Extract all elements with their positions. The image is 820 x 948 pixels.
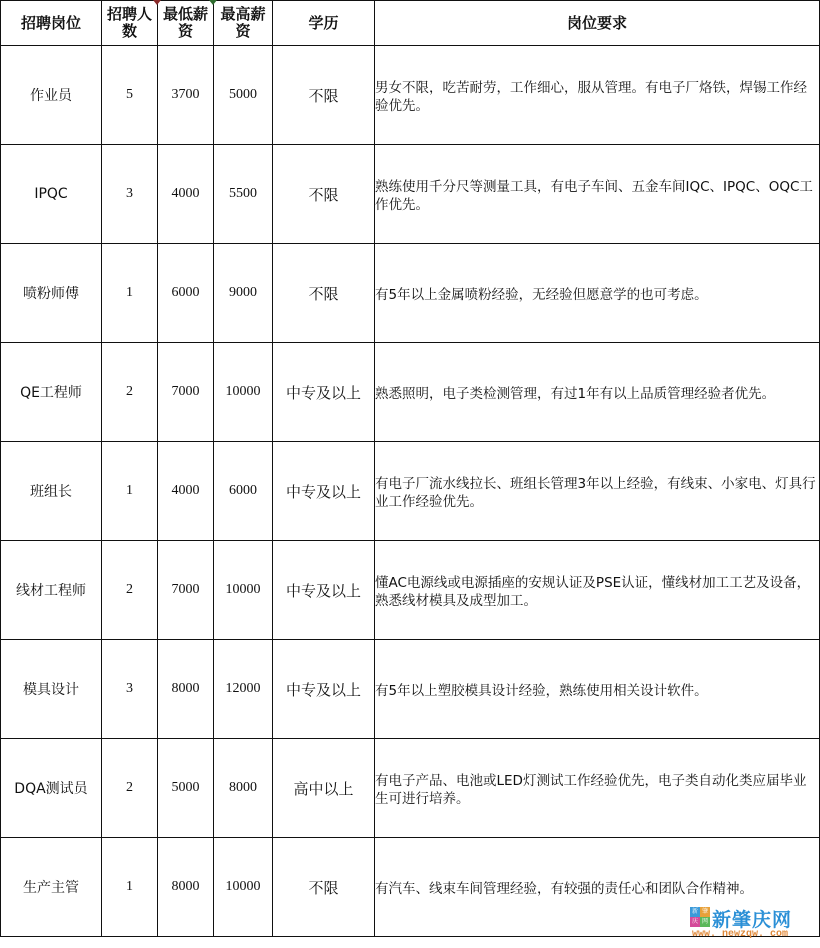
cell-education: 中专及以上: [273, 442, 375, 541]
table-row: 班组长 1 4000 6000 中专及以上 有电子厂流水线拉长、班组长管理3年以…: [1, 442, 820, 541]
cell-max-salary: 9000: [214, 244, 273, 343]
cell-headcount: 2: [102, 541, 158, 640]
cell-requirements: 有电子厂流水线拉长、班组长管理3年以上经验，有线束、小家电、灯具行业工作经验优先…: [375, 442, 820, 541]
cell-requirements: 有5年以上塑胶模具设计经验，熟练使用相关设计软件。: [375, 640, 820, 739]
cell-position: 模具设计: [1, 640, 102, 739]
requirements-text: 懂AC电源线或电源插座的安规认证及PSE认证，懂线材加工工艺及设备，熟悉线材模具…: [375, 570, 819, 610]
header-headcount: 招聘人数: [102, 1, 158, 46]
cell-requirements: 懂AC电源线或电源插座的安规认证及PSE认证，懂线材加工工艺及设备，熟悉线材模具…: [375, 541, 820, 640]
requirements-text: 熟悉照明，电子类检测管理，有过1年有以上品质管理经验者优先。: [375, 381, 819, 403]
table-row: 喷粉师傅 1 6000 9000 不限 有5年以上金属喷粉经验，无经验但愿意学的…: [1, 244, 820, 343]
cell-headcount: 3: [102, 640, 158, 739]
cell-headcount: 1: [102, 838, 158, 937]
logo-tile: 庆: [690, 917, 700, 927]
cell-position: DQA测试员: [1, 739, 102, 838]
cell-education: 不限: [273, 145, 375, 244]
cell-education: 中专及以上: [273, 640, 375, 739]
header-position: 招聘岗位: [1, 1, 102, 46]
cell-position: IPQC: [1, 145, 102, 244]
table-row: DQA测试员 2 5000 8000 高中以上 有电子产品、电池或LED灯测试工…: [1, 739, 820, 838]
table-row: 作业员 5 3700 5000 不限 男女不限，吃苦耐劳，工作细心，服从管理。有…: [1, 46, 820, 145]
header-min-salary: 最低薪资: [158, 1, 214, 46]
cell-education: 中专及以上: [273, 343, 375, 442]
table-row: 线材工程师 2 7000 10000 中专及以上 懂AC电源线或电源插座的安规认…: [1, 541, 820, 640]
table-row: 模具设计 3 8000 12000 中专及以上 有5年以上塑胶模具设计经验，熟练…: [1, 640, 820, 739]
watermark-title: 新肇庆网: [712, 905, 792, 932]
cell-max-salary: 10000: [214, 838, 273, 937]
watermark-url: www. newzqw. com: [692, 929, 788, 940]
cell-min-salary: 4000: [158, 442, 214, 541]
cell-max-salary: 5500: [214, 145, 273, 244]
cell-position: 线材工程师: [1, 541, 102, 640]
cell-requirements: 熟练使用千分尺等测量工具，有电子车间、五金车间IQC、IPQC、OQC工作优先。: [375, 145, 820, 244]
requirements-text: 熟练使用千分尺等测量工具，有电子车间、五金车间IQC、IPQC、OQC工作优先。: [375, 174, 819, 214]
cell-position: 班组长: [1, 442, 102, 541]
header-education: 学历: [273, 1, 375, 46]
recruitment-table: 招聘岗位 招聘人数 最低薪资 最高薪资 学历 岗位要求 作业员 5 3700 5…: [0, 0, 820, 937]
cell-headcount: 5: [102, 46, 158, 145]
site-watermark: 新 肇 庆 网 新肇庆网 www. newzqw. com: [690, 905, 810, 943]
cell-requirements: 熟悉照明，电子类检测管理，有过1年有以上品质管理经验者优先。: [375, 343, 820, 442]
cell-position: 喷粉师傅: [1, 244, 102, 343]
cell-min-salary: 3700: [158, 46, 214, 145]
requirements-text: 有5年以上塑胶模具设计经验，熟练使用相关设计软件。: [375, 678, 819, 700]
cell-min-salary: 8000: [158, 640, 214, 739]
cell-max-salary: 10000: [214, 541, 273, 640]
watermark-logo-icon: 新 肇 庆 网: [690, 907, 710, 927]
logo-tile: 肇: [700, 907, 710, 917]
cell-position: 生产主管: [1, 838, 102, 937]
cell-min-salary: 4000: [158, 145, 214, 244]
cell-education: 不限: [273, 244, 375, 343]
requirements-text: 男女不限，吃苦耐劳，工作细心，服从管理。有电子厂烙铁，焊锡工作经验优先。: [375, 75, 819, 115]
cell-education: 不限: [273, 46, 375, 145]
header-row: 招聘岗位 招聘人数 最低薪资 最高薪资 学历 岗位要求: [1, 1, 820, 46]
cell-headcount: 1: [102, 244, 158, 343]
cell-min-salary: 5000: [158, 739, 214, 838]
header-requirements: 岗位要求: [375, 1, 820, 46]
cell-position: 作业员: [1, 46, 102, 145]
cell-min-salary: 7000: [158, 541, 214, 640]
cell-max-salary: 10000: [214, 343, 273, 442]
cell-max-salary: 5000: [214, 46, 273, 145]
table-row: QE工程师 2 7000 10000 中专及以上 熟悉照明，电子类检测管理，有过…: [1, 343, 820, 442]
cell-min-salary: 6000: [158, 244, 214, 343]
logo-tile: 新: [690, 907, 700, 917]
comment-indicator-icon[interactable]: [209, 0, 217, 5]
logo-tile: 网: [700, 917, 710, 927]
cell-headcount: 2: [102, 343, 158, 442]
comment-indicator-icon[interactable]: [153, 0, 161, 5]
header-max-salary: 最高薪资: [214, 1, 273, 46]
cell-max-salary: 8000: [214, 739, 273, 838]
cell-requirements: 有电子产品、电池或LED灯测试工作经验优先，电子类自动化类应届毕业生可进行培养。: [375, 739, 820, 838]
cell-requirements: 男女不限，吃苦耐劳，工作细心，服从管理。有电子厂烙铁，焊锡工作经验优先。: [375, 46, 820, 145]
cell-education: 中专及以上: [273, 541, 375, 640]
requirements-text: 有电子厂流水线拉长、班组长管理3年以上经验，有线束、小家电、灯具行业工作经验优先…: [375, 471, 819, 511]
requirements-text: 有5年以上金属喷粉经验，无经验但愿意学的也可考虑。: [375, 282, 819, 304]
cell-education: 不限: [273, 838, 375, 937]
requirements-text: 有电子产品、电池或LED灯测试工作经验优先，电子类自动化类应届毕业生可进行培养。: [375, 768, 819, 808]
cell-headcount: 2: [102, 739, 158, 838]
cell-position: QE工程师: [1, 343, 102, 442]
cell-min-salary: 7000: [158, 343, 214, 442]
table-row: IPQC 3 4000 5500 不限 熟练使用千分尺等测量工具，有电子车间、五…: [1, 145, 820, 244]
cell-headcount: 1: [102, 442, 158, 541]
cell-headcount: 3: [102, 145, 158, 244]
cell-max-salary: 12000: [214, 640, 273, 739]
cell-requirements: 有5年以上金属喷粉经验，无经验但愿意学的也可考虑。: [375, 244, 820, 343]
requirements-text: 有汽车、线束车间管理经验，有较强的责任心和团队合作精神。: [375, 876, 819, 898]
cell-min-salary: 8000: [158, 838, 214, 937]
cell-max-salary: 6000: [214, 442, 273, 541]
cell-education: 高中以上: [273, 739, 375, 838]
